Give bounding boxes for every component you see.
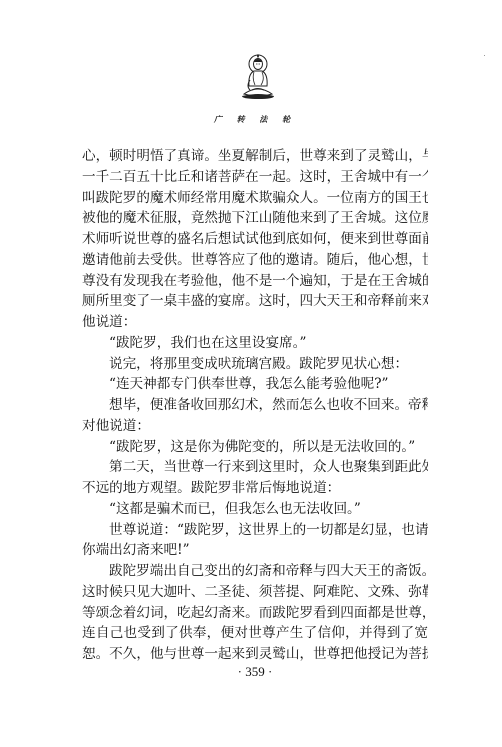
text-line: 叫跋陀罗的魔术师经常用魔术欺骗众人。一位南方的国王也 [82,188,428,209]
text-line: 被他的魔术征服，竟然抛下江山随他来到了王舍城。这位魔 [82,208,428,229]
page-number: · 359 · [200,664,310,680]
text-line: 厕所里变了一桌丰盛的宴席。这时，四大天王和帝释前来对 [82,291,428,312]
text-line: 邀请他前去受供。世尊答应了他的邀请。随后，他心想，世 [82,250,428,271]
text-line: 等颂念着幻词，吃起幻斋来。而跋陀罗看到四面都是世尊， [82,603,428,624]
text-line: 一千二百五十比丘和诸菩萨在一起。这时，王舍城中有一个 [82,167,428,188]
text-line: 连自己也受到了供奉，便对世尊产生了信仰，并得到了宽 [82,623,428,644]
text-line: 你端出幻斋来吧!” [82,540,428,561]
seated-buddha-icon [240,52,276,106]
text-line: 术师听说世尊的盛名后想试试他到底如何，便来到世尊面前 [82,229,428,250]
text-line: “连天神都专门供奉世尊，我怎么能考验他呢?” [82,374,428,395]
text-line: 恕。不久，他与世尊一起来到灵鹫山，世尊把他授记为菩提 [82,644,428,665]
text-line: 想毕，便准备收回那幻术，然而怎么也收不回来。帝释 [82,395,428,416]
body-text: 心，顿时明悟了真谛。坐夏解制后，世尊来到了灵鹫山，与一千二百五十比丘和诸菩萨在一… [82,146,428,665]
text-line: “跋陀罗，这是你为佛陀变的，所以是无法收回的。” [82,437,428,458]
text-line: “这都是骗术而已，但我怎么也无法收回。” [82,499,428,520]
text-line: 这时候只见大迦叶、二圣徒、须菩提、阿难陀、文殊、弥勒 [82,582,428,603]
text-line: 第二天，当世尊一行来到这里时，众人也聚集到距此处 [82,457,428,478]
text-line: 心，顿时明悟了真谛。坐夏解制后，世尊来到了灵鹫山，与 [82,146,428,167]
text-line: 对他说道： [82,416,428,437]
text-line: “跋陀罗，我们也在这里设宴席。” [82,333,428,354]
text-line: 世尊说道：“跋陀罗，这世界上的一切都是幻显，也请 [82,520,428,541]
text-line: 跋陀罗端出自己变出的幻斋和帝释与四大天王的斋饭。 [82,561,428,582]
header-caption: 广 转 法 轮 [200,114,310,125]
text-line: 说完，将那里变成吠琉璃宫殿。跋陀罗见状心想： [82,354,428,375]
text-line: 不远的地方观望。跋陀罗非常后悔地说道： [82,478,428,499]
text-line: 尊没有发现我在考验他，他不是一个遍知，于是在王舍城的 [82,271,428,292]
scan-artifact [484,55,485,56]
text-line: 他说道： [82,312,428,333]
